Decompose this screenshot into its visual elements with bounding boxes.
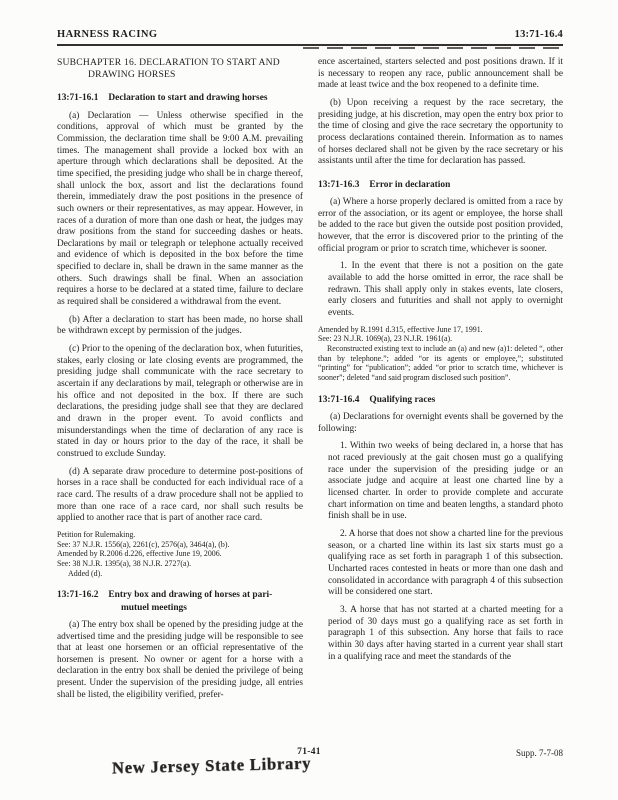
section-heading-16-4: 13:71-16.4Qualifying races [318, 394, 563, 406]
paragraph-16-1-d: (d) A separate draw procedure to determi… [57, 467, 303, 525]
note-line: Amended by R.2006 d.226, effective June … [57, 549, 303, 559]
section-title: Qualifying races [369, 395, 435, 405]
paragraph-16-1-a: (a) Declaration — Unless otherwise speci… [57, 111, 303, 309]
section-title-line1: Entry box and drawing of horses at pari- [108, 590, 272, 600]
header-rule-scan-artifact [303, 47, 563, 49]
note-line: Added (d). [57, 569, 303, 579]
paragraph-16-2-b: (b) Upon receiving a request by the race… [318, 98, 563, 168]
paragraph-16-2-a: (a) The entry box shall be opened by the… [57, 620, 303, 702]
paragraph-16-4-a-3: 3. A horse that has not started at a cha… [328, 605, 563, 663]
section-title-line2: mutuel meetings [121, 603, 187, 613]
header-rule [57, 44, 563, 46]
section-number: 13:71-16.4 [318, 395, 359, 405]
section-heading-16-3: 13:71-16.3Error in declaration [318, 179, 563, 191]
section-title: Error in declaration [369, 180, 450, 190]
paragraph-16-2-a-continuation: ence ascertained, starters selected and … [318, 57, 563, 92]
page-header: HARNESS RACING 13:71-16.4 [57, 29, 563, 40]
paragraph-16-4-a: (a) Declarations for overnight events sh… [318, 412, 563, 435]
note-line: Amended by R.1991 d.315, effective June … [318, 325, 563, 335]
note-paragraph: Reconstructed existing text to include a… [318, 344, 563, 383]
right-column: ence ascertained, starters selected and … [318, 57, 563, 663]
section-heading-16-1: 13:71-16.1Declaration to start and drawi… [57, 92, 303, 104]
subchapter-heading-line2: DRAWING HORSES [57, 69, 303, 81]
paragraph-16-4-a-2: 2. A horse that does not show a charted … [328, 529, 563, 599]
note-line: See: 37 N.J.R. 1556(a), 2261(c), 2576(a)… [57, 540, 303, 550]
subchapter-heading: SUBCHAPTER 16. DECLARATION TO START AND … [57, 57, 303, 81]
library-stamp: New Jersey State Library [112, 754, 312, 779]
running-title: HARNESS RACING [57, 29, 157, 40]
note-line: See: 38 N.J.R. 1395(a), 38 N.J.R. 2727(a… [57, 559, 303, 569]
left-column: SUBCHAPTER 16. DECLARATION TO START AND … [57, 57, 303, 701]
paragraph-16-4-a-1: 1. Within two weeks of being declared in… [328, 441, 563, 523]
paragraph-16-1-c: (c) Prior to the opening of the declarat… [57, 344, 303, 461]
section-number: 13:71-16.1 [57, 93, 98, 103]
history-note-16-3: Amended by R.1991 d.315, effective June … [318, 325, 563, 383]
note-line: Petition for Rulemaking. [57, 530, 303, 540]
section-heading-16-2: 13:71-16.2Entry box and drawing of horse… [57, 589, 303, 613]
section-number: 13:71-16.2 [57, 590, 98, 600]
paragraph-16-1-b: (b) After a declaration to start has bee… [57, 315, 303, 338]
document-page: HARNESS RACING 13:71-16.4 SUBCHAPTER 16.… [0, 0, 618, 800]
section-title: Declaration to start and drawing horses [108, 93, 267, 103]
section-number: 13:71-16.3 [318, 180, 359, 190]
section-reference: 13:71-16.4 [515, 29, 563, 40]
paragraph-16-3-a: (a) Where a horse properly declared is o… [318, 197, 563, 255]
supplement-date: Supp. 7-7-08 [516, 748, 563, 758]
subchapter-heading-line1: SUBCHAPTER 16. DECLARATION TO START AND [57, 57, 303, 69]
history-note-16-1: Petition for Rulemaking. See: 37 N.J.R. … [57, 530, 303, 579]
paragraph-16-3-a-1: 1. In the event that there is not a posi… [328, 261, 563, 319]
note-line: See: 23 N.J.R. 1069(a), 23 N.J.R. 1961(a… [318, 334, 563, 344]
